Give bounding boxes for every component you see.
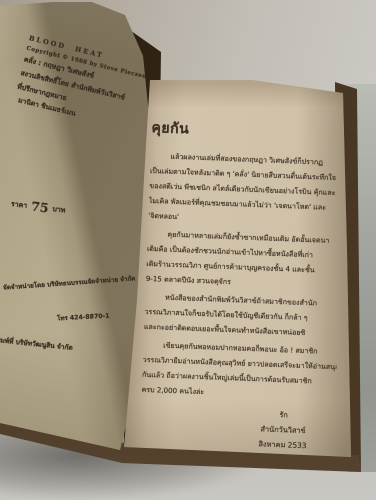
printer-line: พิมพ์ที่ บริษัทวัฒนูสิน จำกัด [0,334,73,353]
copyright-block: BLOOD HEAT Copyright © 1988 by Steve Pie… [13,34,156,134]
editors-note: คุยกัน แล้วผลงานเล่มที่สองของกฤษฎา วิเศษ… [139,117,346,454]
price-line: ราคา75บาท [10,196,66,218]
distributor-line: จัดจำหน่ายโดย บริษัทธนบรรณจัดจำหน่าย จำก… [3,273,136,292]
signoff-block: รัก สำนักวันวิสาข์ สิงหาคม 2533 [139,402,335,454]
page-heading: คุยกัน [151,117,346,146]
phone-line: โทร 424-8870-1 [57,311,110,324]
price-unit: บาท [52,205,66,215]
book-photo: BLOOD HEAT Copyright © 1988 by Steve Pie… [0,0,376,500]
price-label: ราคา [11,200,28,210]
price-value: 75 [30,198,49,215]
signoff-date: สิงหาคม 2533 [227,435,337,454]
